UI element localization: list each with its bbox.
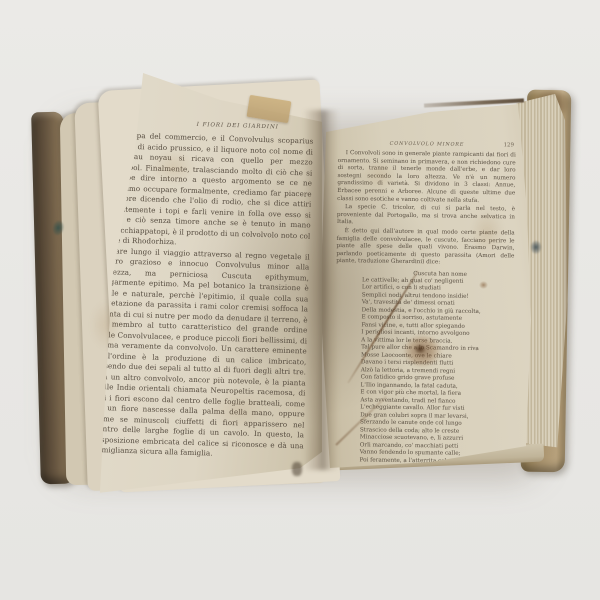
paragraph: I Convolvoli sono in generale piante ram… [337,150,516,206]
gutter-bottom-notch [292,462,302,476]
gutter-shadow [303,110,339,470]
paragraph: La specie C. tricolor, di cui si parla n… [337,204,515,229]
paragraph: È detto qui dall'autore in qual modo cer… [336,228,515,268]
right-page: CONVOLVOLO MINORE 129 I Convolvoli sono … [316,98,556,476]
right-page-text: CONVOLVOLO MINORE 129 I Convolvoli sono … [333,138,516,467]
page-number: 129 [504,142,514,148]
poem-block: Le cattivelle; ah quai co' negligentiLor… [333,277,514,467]
paragraph: Pare lungo il viaggio attraverso al regn… [93,245,309,461]
right-page-header: CONVOLVOLO MINORE 129 [338,138,516,152]
right-page-body: I Convolvoli sono in generale piante ram… [336,150,516,268]
running-head: CONVOLVOLO MINORE [338,140,516,148]
photo-background: CONVOLVOLO MINORE 129 I Convolvoli sono … [0,0,600,600]
